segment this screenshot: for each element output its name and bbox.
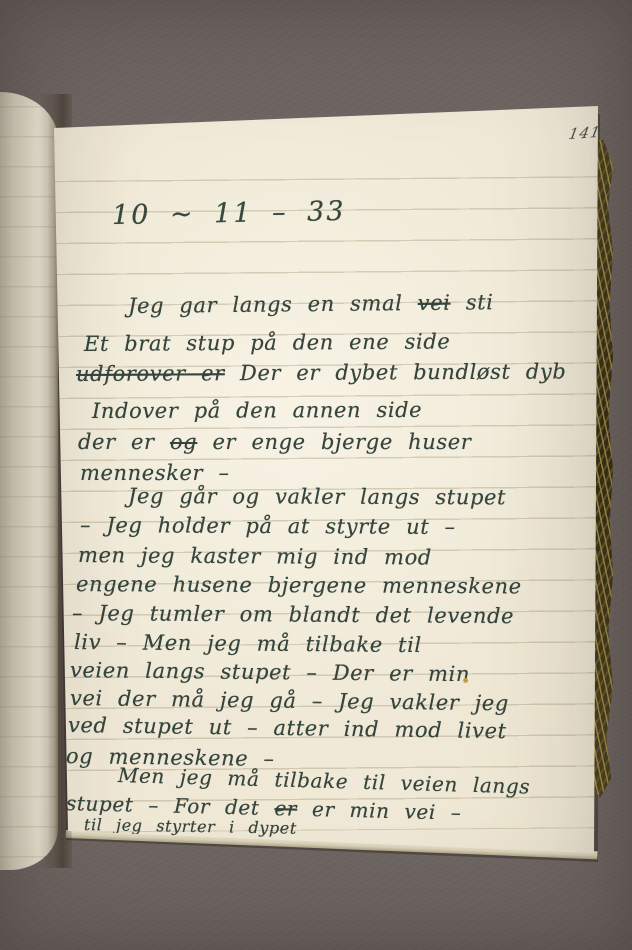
handwritten-text: er min vei – xyxy=(297,797,462,825)
handwritten-text: Jeg gar langs en smal xyxy=(128,291,418,318)
handwritten-text: Indover på den annen side xyxy=(92,398,422,423)
handwritten-text: mennesker – xyxy=(80,461,230,485)
handwritten-text: Jeg går og vakler langs stupet xyxy=(128,484,506,509)
handwritten-text: veien langs stupet – Der er min xyxy=(70,658,470,686)
manuscript-line: men jeg kaster mig ind mod xyxy=(78,542,432,570)
notebook-photo: 141 10 ~ 11 – 33 Jeg gar langs en smal v… xyxy=(0,0,632,950)
handwritten-text: Et brat stup på den ene side xyxy=(84,329,451,356)
manuscript-line: der er og er enge bjerge huser xyxy=(78,429,471,455)
handwritten-text: – Jeg holder på at styrte ut – xyxy=(80,513,456,539)
manuscript-line: liv – Men jeg må tilbake til xyxy=(74,629,422,658)
manuscript-line: engene husene bjergene menneskene xyxy=(76,571,522,599)
handwritten-text: der er xyxy=(78,430,170,454)
paper-fleck xyxy=(463,678,468,683)
crossed-out-text: vei xyxy=(418,291,451,315)
manuscript-line: Indover på den annen side xyxy=(92,397,422,424)
handwritten-text: – Jeg tumler om blandt det levende xyxy=(72,601,514,628)
manuscript-line: – Jeg tumler om blandt det levende xyxy=(72,600,514,629)
handwritten-text: sti xyxy=(450,290,493,314)
handwritten-text: men jeg kaster mig ind mod xyxy=(78,543,432,569)
manuscript-line: vei der må jeg gå – Jeg vakler jeg xyxy=(70,685,509,716)
handwritten-text: liv – Men jeg må tilbake til xyxy=(74,630,422,657)
manuscript-line: veien langs stupet – Der er min xyxy=(70,657,470,687)
handwritten-text: engene husene bjergene menneskene xyxy=(76,572,522,598)
manuscript-line: Jeg gar langs en smal vei sti xyxy=(128,289,494,319)
manuscript-line: – Jeg holder på at styrte ut – xyxy=(80,512,456,540)
entry-date: 10 ~ 11 – 33 xyxy=(112,196,346,231)
handwritten-text: ved stupet ut – atter ind mod livet xyxy=(68,713,507,743)
crossed-out-text: udforover er xyxy=(76,361,225,386)
page-number: 141 xyxy=(567,123,602,143)
manuscript-line: Et brat stup på den ene side xyxy=(84,328,451,357)
manuscript-line: Jeg går og vakler langs stupet xyxy=(128,483,506,510)
manuscript-line: udforover er Der er dybet bundløst dyb xyxy=(76,358,567,387)
notebook-page: 141 10 ~ 11 – 33 Jeg gar langs en smal v… xyxy=(0,0,632,950)
handwritten-text: vei der må jeg gå – Jeg vakler jeg xyxy=(70,686,509,715)
handwritten-text: er enge bjerge huser xyxy=(197,430,471,454)
crossed-out-text: og xyxy=(170,430,197,454)
handwritten-text: Der er dybet bundløst dyb xyxy=(225,359,567,385)
